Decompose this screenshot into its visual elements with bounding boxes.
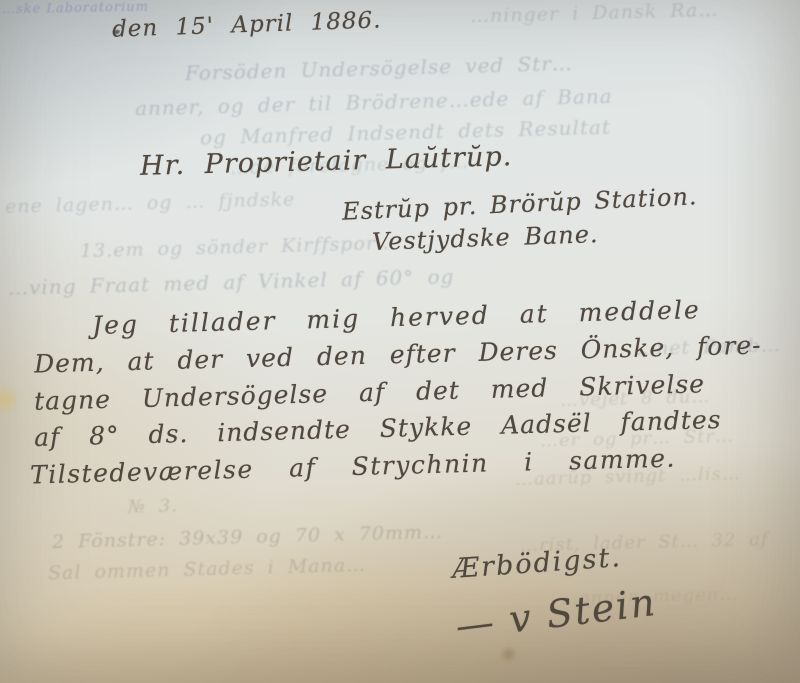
address-line-1: Estrŭp pr. Brörŭp Station. — [342, 182, 698, 225]
closing-line: Ærbödigst. — [451, 542, 623, 585]
ghost-text-line: 2 Fönstre: 39x39 og 70 x 70mm… — [52, 521, 443, 553]
ghost-text-line: …ving Fraat med af Vinkel af 60° og — [8, 264, 455, 300]
letter-photograph: …ske Laboratorium …ninger i Dansk Ra… Fo… — [0, 0, 800, 683]
letterhead-stamp: …ske Laboratorium — [2, 0, 149, 17]
ghost-text-line: …ninger i Dansk Ra… — [470, 0, 719, 27]
date-line: den 15' April 1886. — [112, 7, 382, 42]
signature: — v Stein — [453, 580, 659, 648]
ghost-text-line: Forsöden Undersögelse ved Str… — [185, 51, 573, 85]
body-line: Jeg tillader mig herved at meddele — [92, 295, 701, 340]
paper-stain — [0, 383, 18, 417]
ghost-text-line: № 3. — [128, 495, 178, 517]
ghost-text-line: anner, og der til Brödrene…ede af Bana — [135, 84, 613, 120]
paper-stain — [500, 646, 517, 663]
ghost-text-line: ene lagen… og … fjndske — [5, 188, 296, 218]
recipient-line: Hr. Proprietair Laŭtrŭp. — [140, 141, 513, 182]
ghost-text-line: 13.em og sönder Kirffspor… — [80, 232, 396, 262]
address-line-2: Vestjydske Bane. — [372, 220, 599, 256]
ghost-text-line: Sal ommen Stades i Mana… — [48, 554, 367, 584]
